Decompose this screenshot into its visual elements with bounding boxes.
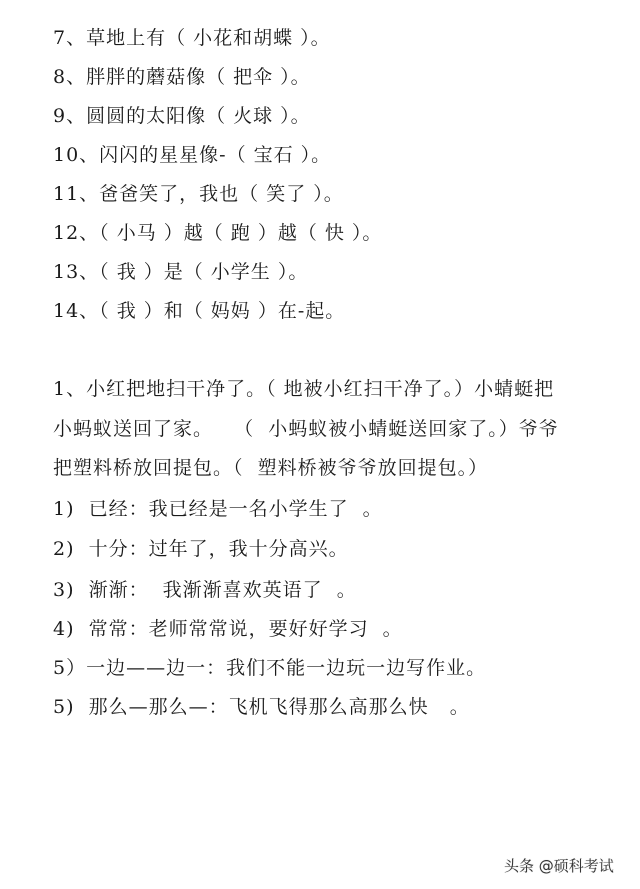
- fill-in-item: 10、闪闪的星星像-（ 宝石 ）。: [53, 143, 331, 167]
- paragraph-line: 小蚂蚁送回了家。 （ 小蚂蚁被小蜻蜓送回家了。）爷爷: [53, 417, 559, 441]
- fill-in-item: 12、（ 小马 ）越（ 跑 ）越（ 快 ）。: [53, 221, 382, 245]
- watermark: 头条 @硕科考试: [504, 855, 614, 876]
- fill-in-item: 13、（ 我 ）是（ 小学生 ）。: [53, 260, 308, 284]
- fill-in-item: 8、胖胖的蘑菇像（ 把伞 ）。: [53, 65, 311, 89]
- word-usage-item: 5）一边——边一：我们不能一边玩一边写作业。: [53, 656, 486, 680]
- word-usage-item: 3) 渐渐： 我渐渐喜欢英语了 。: [53, 578, 357, 602]
- word-usage-item: 4) 常常：老师常常说，要好好学习 。: [53, 617, 403, 641]
- fill-in-item: 7、草地上有（ 小花和胡蝶 ）。: [53, 26, 331, 50]
- fill-in-item: 11、爸爸笑了，我也（ 笑了 ）。: [53, 182, 344, 206]
- paragraph-line: 1、小红把地扫干净了。（ 地被小红扫干净了。）小蜻蜓把: [53, 377, 554, 401]
- fill-in-item: 9、圆圆的太阳像（ 火球 ）。: [53, 104, 311, 128]
- word-usage-item: 5) 那么—那么—：飞机飞得那么高那么快 。: [53, 695, 470, 719]
- paragraph-line: 把塑料桥放回提包。（ 塑料桥被爷爷放回提包。）: [53, 456, 488, 480]
- word-usage-item: 2) 十分：过年了，我十分高兴。: [53, 537, 349, 561]
- word-usage-item: 1) 已经：我已经是一名小学生了 。: [53, 497, 383, 521]
- fill-in-item: 14、（ 我 ）和（ 妈妈 ）在-起。: [53, 299, 345, 323]
